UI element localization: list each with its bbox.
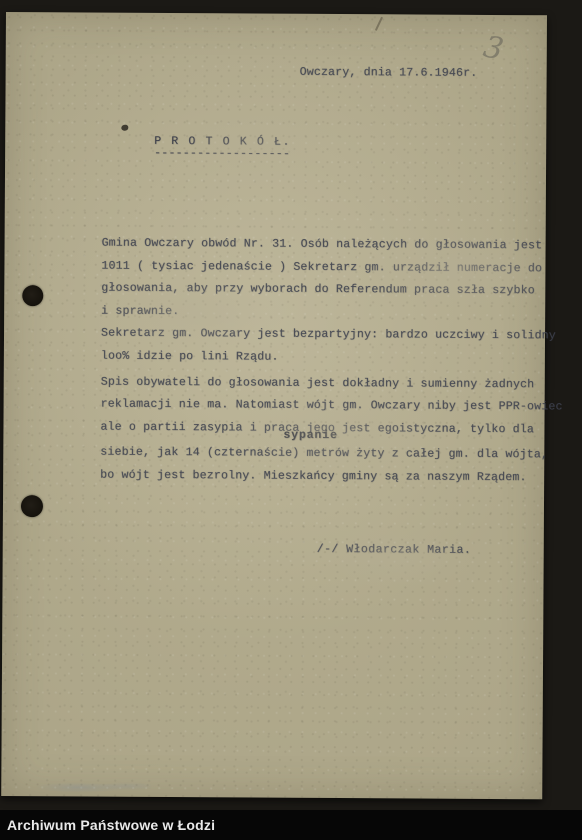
typed-line: Sekretarz gm. Owczary jest bezpartyjny: … — [101, 323, 561, 348]
typed-body: Gmina Owczary obwód Nr. 31. Osób należąc… — [100, 233, 562, 490]
typed-line: Spis obywateli do głosowania jest dokład… — [101, 371, 561, 396]
typed-line: bo wójt jest bezrolny. Mieszkańcy gminy … — [100, 465, 560, 490]
pencil-stroke-mark — [375, 17, 383, 31]
ink-blot-mark — [121, 125, 128, 131]
document-page: 3 Owczary, dnia 17.6.1946r. P R O T O K … — [1, 12, 547, 799]
typed-line: głosowania, aby przy wyborach do Referen… — [101, 278, 561, 303]
typed-line: i sprawnie. — [101, 300, 561, 325]
title-block: P R O T O K Ó Ł. ------------------- — [154, 135, 291, 161]
signature-line: /-/ Włodarczak Maria. — [317, 543, 472, 557]
typed-line: siebie, jak 14 (czternaście) metrów żyty… — [100, 442, 560, 467]
typed-line: Gmina Owczary obwód Nr. 31. Osób należąc… — [102, 233, 562, 258]
faded-ink-smudge — [31, 780, 151, 795]
typed-line: 1011 ( tysiac jedenaście ) Sekretarz gm.… — [101, 255, 561, 280]
typed-line: loo% idzie po lini Rządu. — [101, 346, 561, 371]
title-underline: ------------------- — [154, 147, 291, 161]
punch-hole-bottom — [21, 495, 43, 517]
archive-caption-bar: Archiwum Państwowe w Łodzi — [0, 810, 582, 840]
date-line: Owczary, dnia 17.6.1946r. — [300, 66, 478, 80]
archive-name-label: Archiwum Państwowe w Łodzi — [0, 817, 215, 833]
typed-line: reklamacji nie ma. Natomiast wójt gm. Ow… — [101, 394, 561, 419]
pencil-page-number: 3 — [480, 29, 506, 67]
punch-hole-top — [22, 285, 43, 306]
handwritten-insertion: sypanie — [283, 429, 337, 442]
scan-background: 3 Owczary, dnia 17.6.1946r. P R O T O K … — [0, 0, 582, 840]
